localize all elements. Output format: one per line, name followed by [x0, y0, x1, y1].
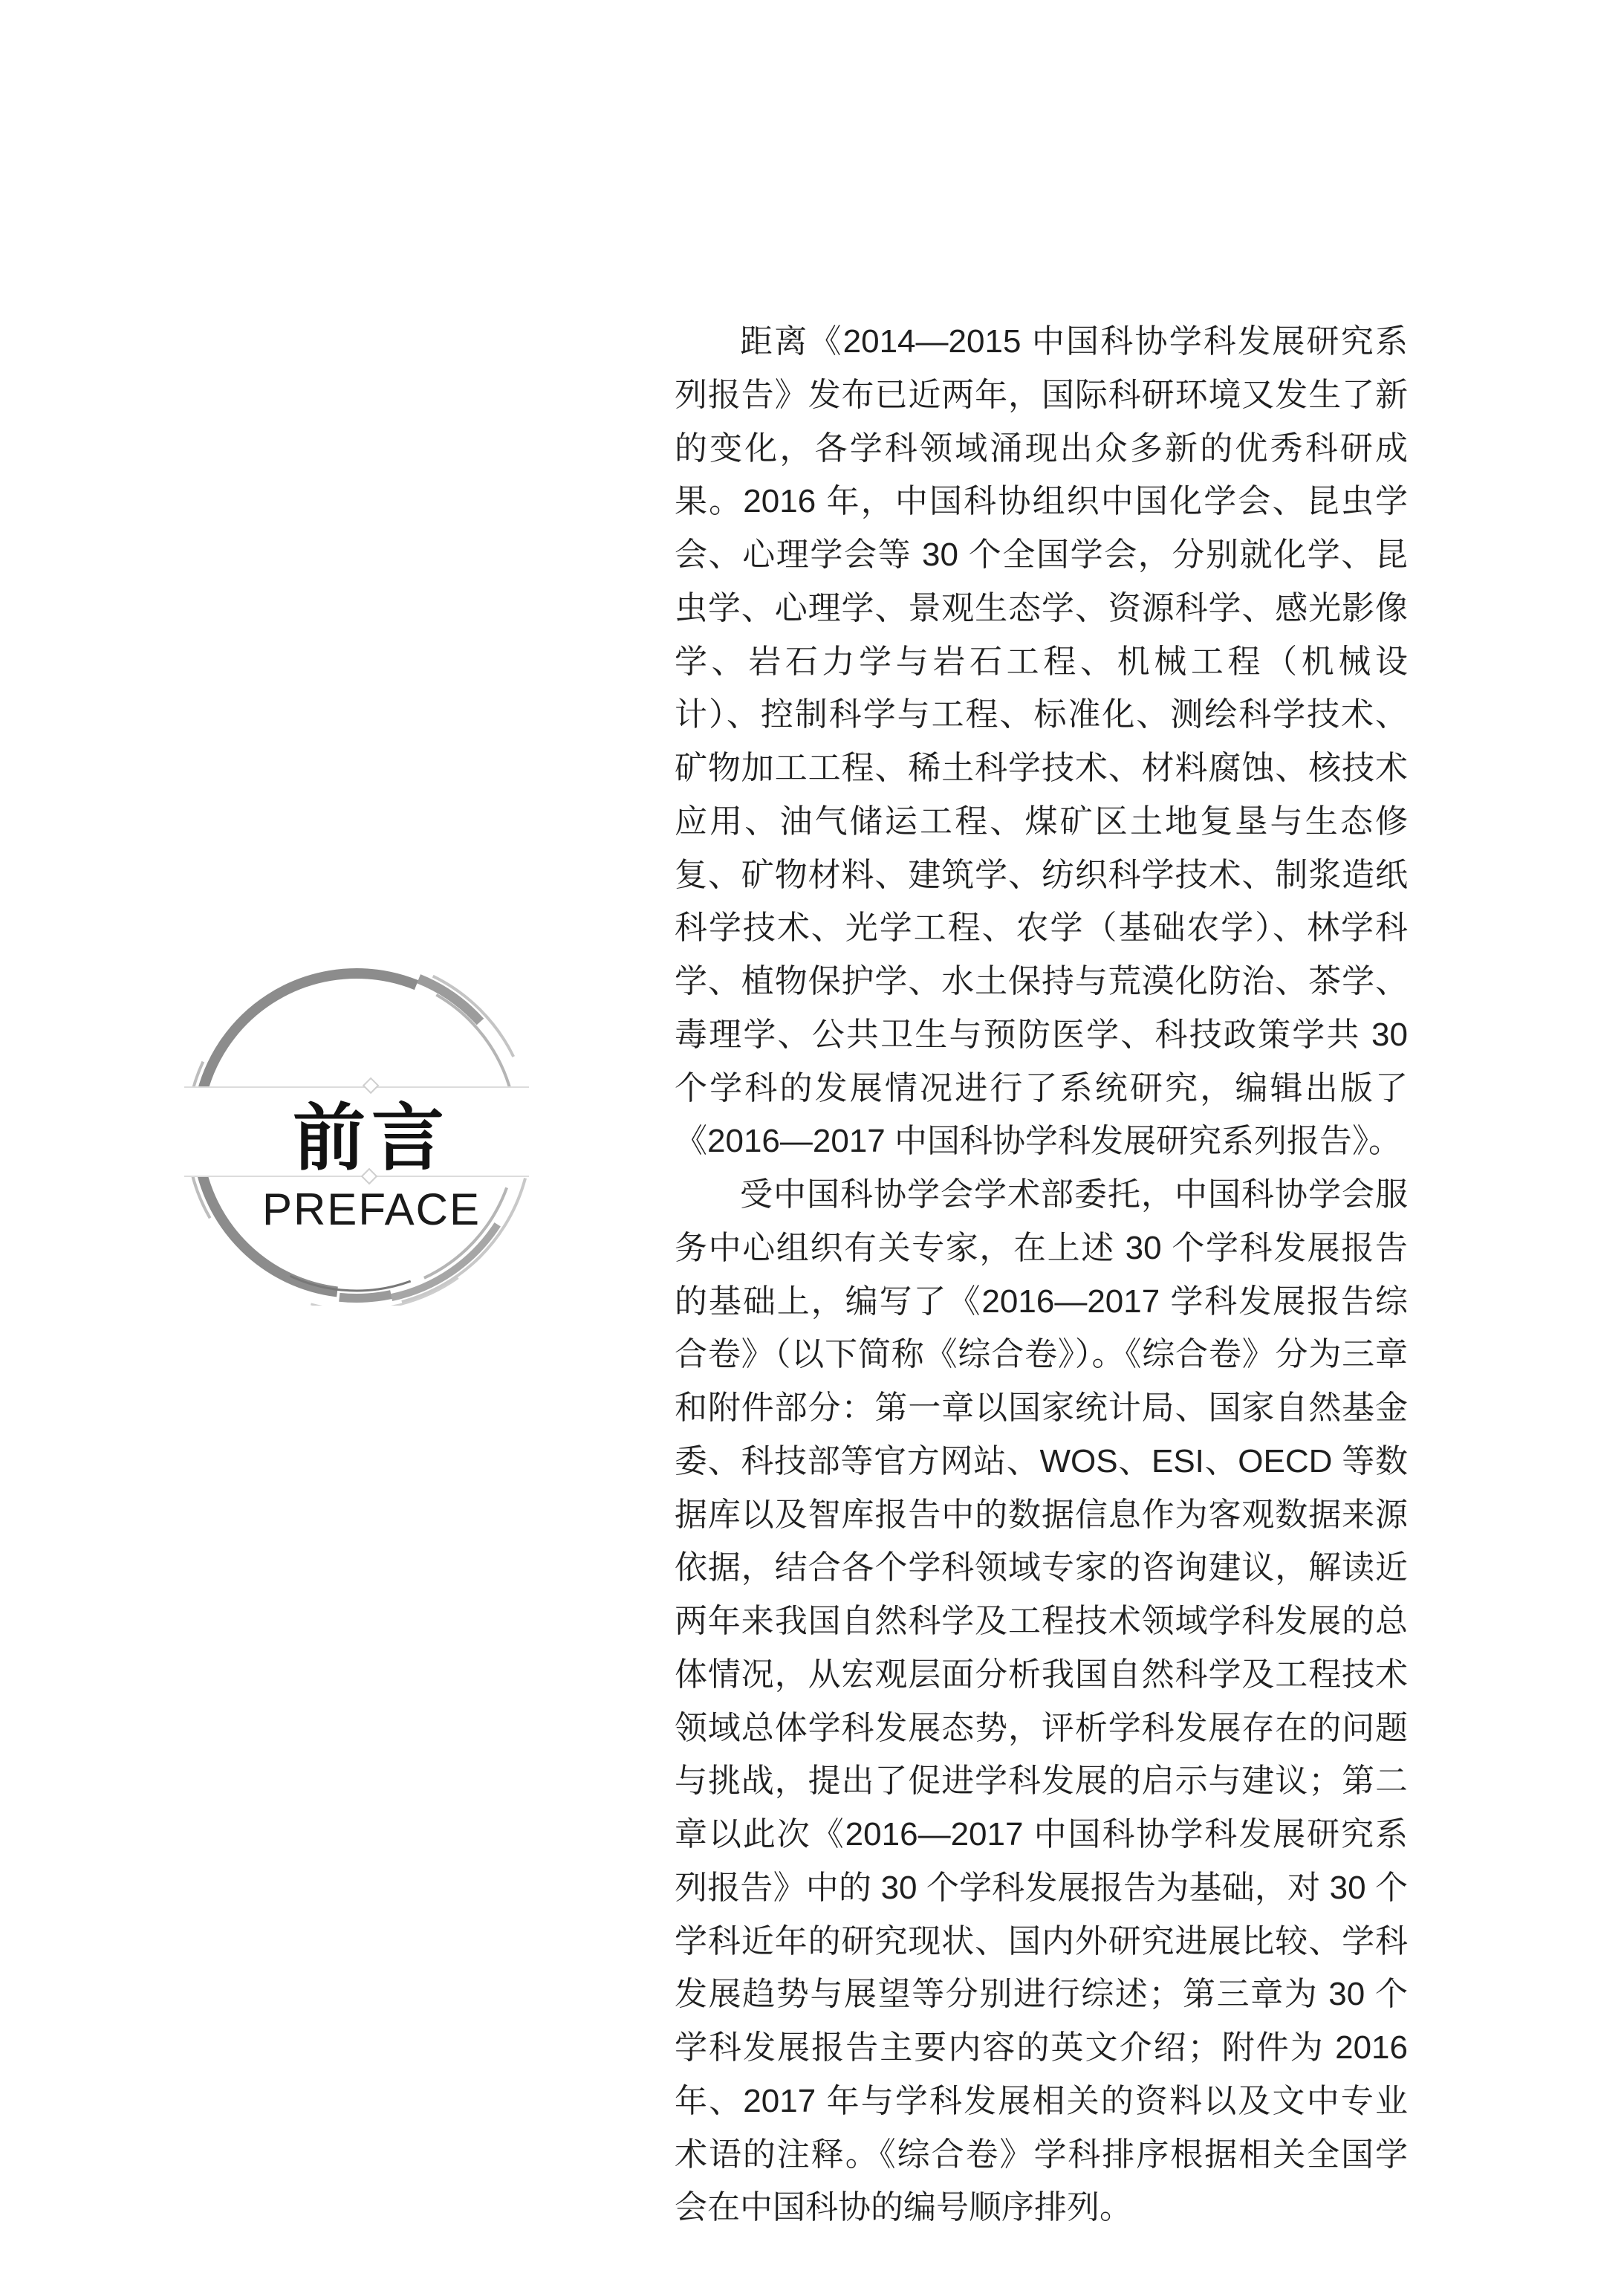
- preface-paragraph-1: 距离《2014—2015 中国科协学科发展研究系列报告》发布已近两年，国际科研环…: [675, 315, 1408, 1168]
- preface-body: 距离《2014—2015 中国科协学科发展研究系列报告》发布已近两年，国际科研环…: [675, 315, 1408, 2234]
- preface-title-zh: 前言: [199, 1087, 544, 1176]
- preface-paragraph-2: 受中国科协学会学术部委托，中国科协学会服务中心组织有关专家，在上述 30 个学科…: [675, 1168, 1408, 2234]
- preface-page: 前言 PREFACE 距离《2014—2015 中国科协学科发展研究系列报告》发…: [0, 0, 1624, 2282]
- preface-title-en: PREFACE: [199, 1184, 544, 1235]
- preface-badge: 前言 PREFACE: [184, 961, 529, 1306]
